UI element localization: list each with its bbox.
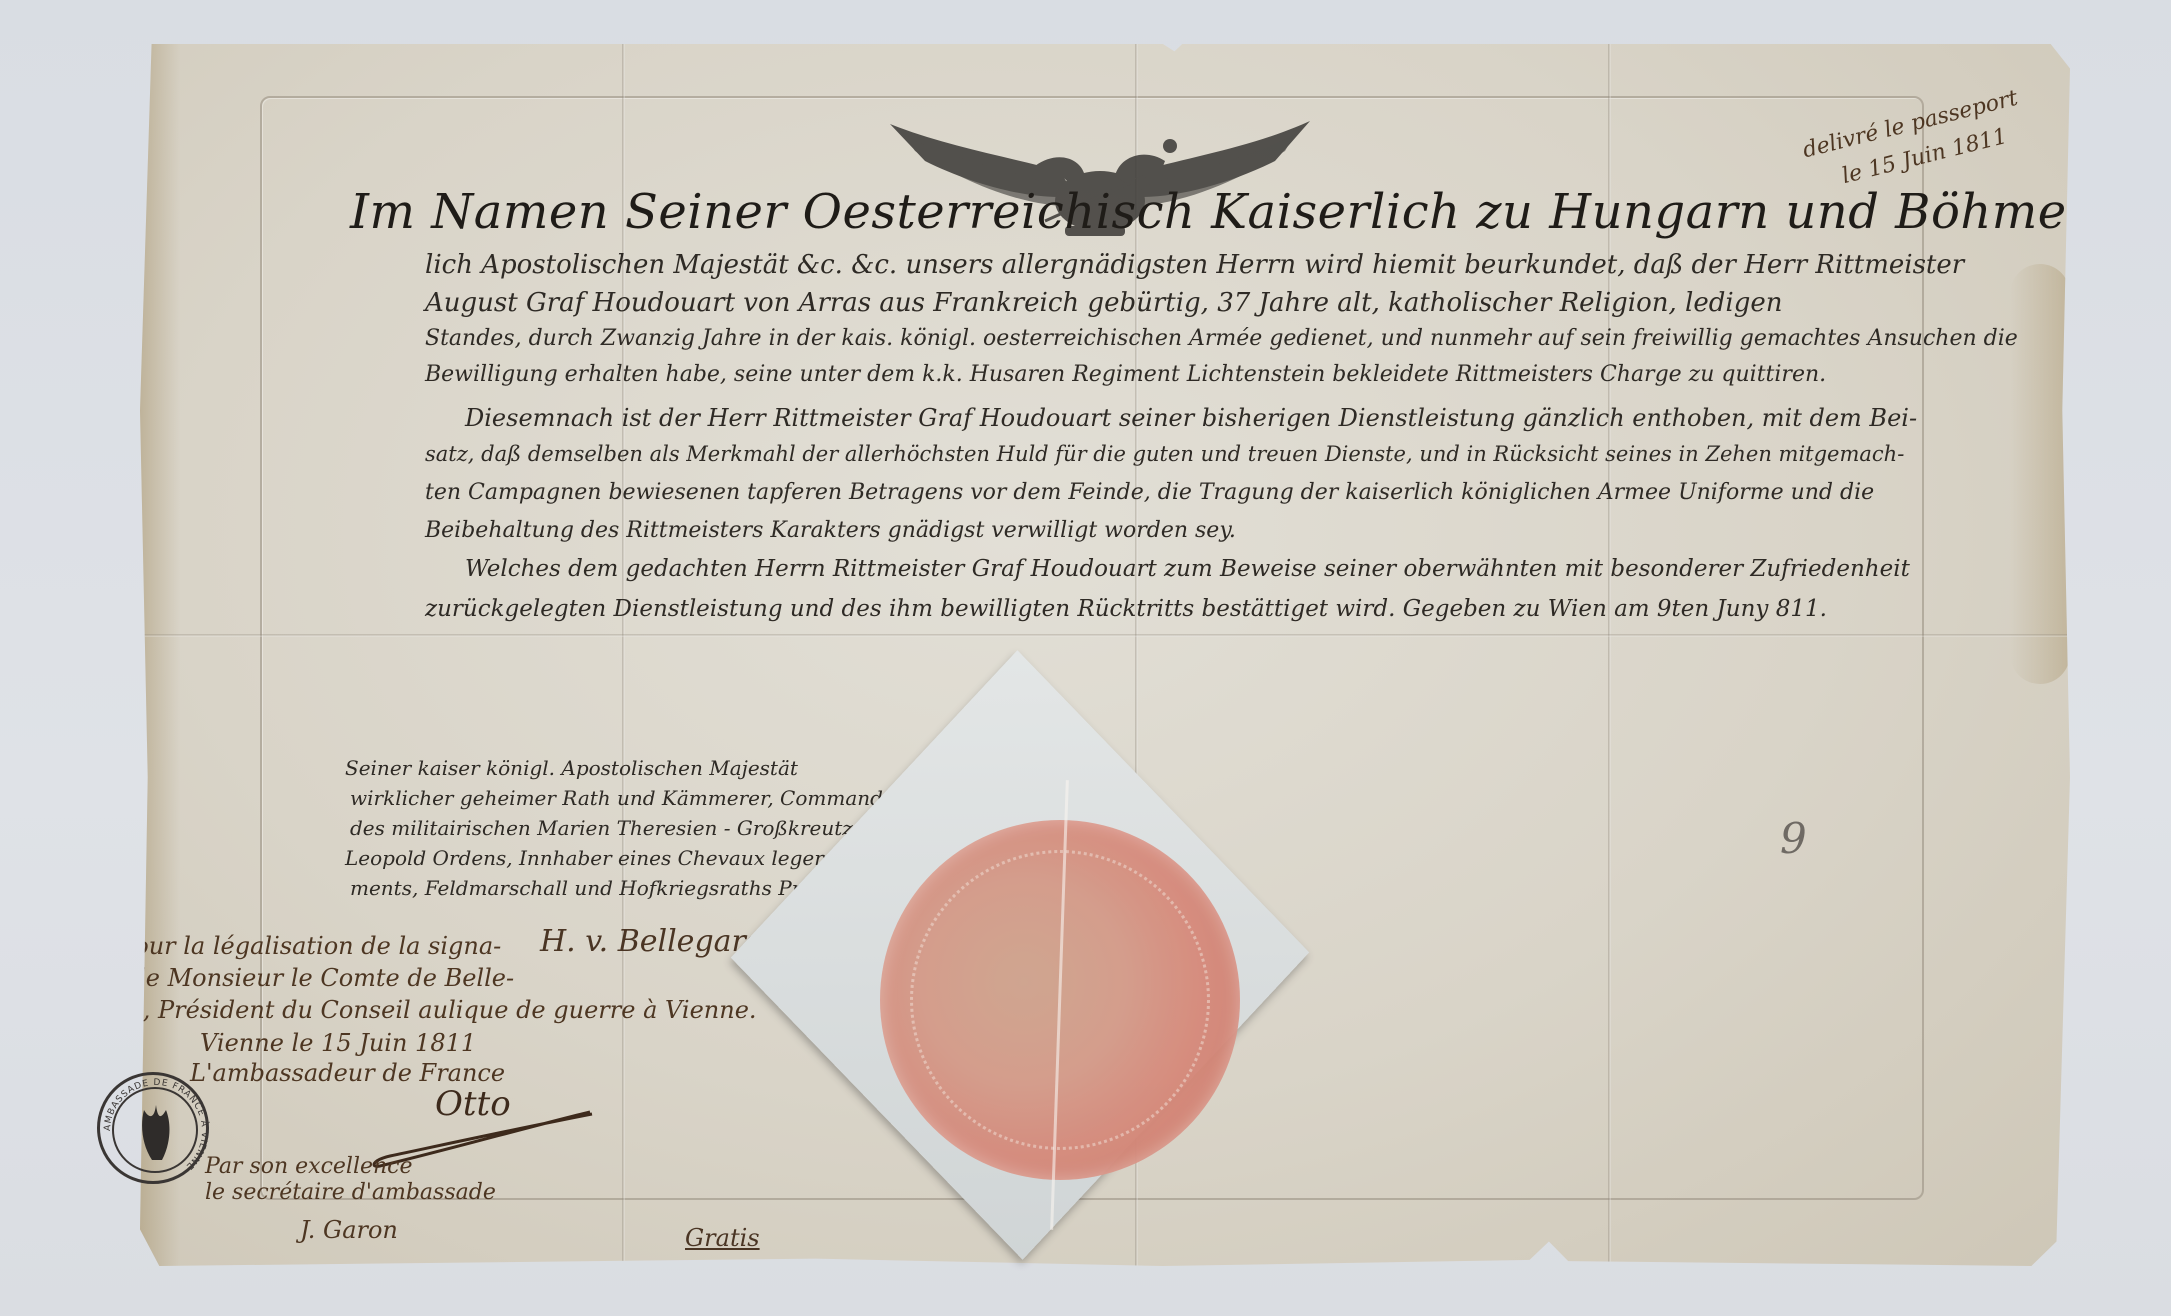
issuer-line: Leopold Ordens, Innhaber eines Chevaux l… [345,846,893,870]
fee-note: Gratis [685,1224,760,1252]
legalization-date: Vienne le 15 Juin 1811 [200,1029,476,1057]
secretary-line: le secrétaire d'ambassade [205,1180,496,1205]
legalization-line: L'ambassadeur de France [190,1059,505,1087]
secretary-line: Par son excellence [205,1154,413,1179]
wafer-seal [880,820,1240,1180]
body-line: Bewilligung erhalten habe, seine unter d… [425,362,1826,387]
secretary-signature: J. Garon [300,1216,398,1244]
issuer-line: wirklicher geheimer Rath und Kämmerer, C… [350,786,917,810]
pencil-number: 9 [1780,814,1807,863]
body-line: zurückgelegten Dienstleistung und des ih… [425,596,1827,622]
body-line: Standes, durch Zwanzig Jahre in der kais… [425,326,2018,351]
document-title: Im Namen Seiner Oesterreichisch Kaiserli… [350,184,2171,240]
embassy-stamp: AMBASSADE DE FRANCE À VIENNE [97,1072,209,1184]
eagle-stamp-icon: AMBASSADE DE FRANCE À VIENNE [100,1075,212,1187]
water-stain-right [2010,264,2070,684]
issuer-line: Seiner kaiser königl. Apostolischen Maje… [345,756,798,780]
body-line: August Graf Houdouart von Arras aus Fran… [425,288,1782,318]
legalization-line: Vu pour la légalisation de la signa- [80,932,501,960]
body-line: Welches dem gedachten Herrn Rittmeister … [465,556,1910,582]
legalization-line: garde, Président du Conseil aulique de g… [72,996,757,1024]
body-line: Beibehaltung des Rittmeisters Karakters … [425,518,1236,543]
body-line: ten Campagnen bewiesenen tapferen Betrag… [425,480,1874,505]
body-line: satz, daß demselben als Merkmahl der all… [425,442,1904,466]
fold-line [140,634,2070,637]
body-line: lich Apostolischen Majestät &c. &c. unse… [425,250,1964,280]
legalization-line: ture de Monsieur le Comte de Belle- [72,964,514,992]
issuer-line: des militairischen Marien Theresien - Gr… [350,816,894,840]
body-line: Diesemnach ist der Herr Rittmeister Graf… [465,404,1917,432]
